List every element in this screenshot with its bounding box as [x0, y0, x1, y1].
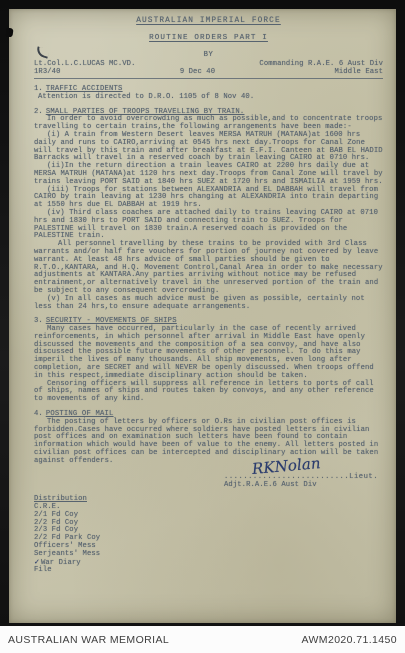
paragraph: Many cases have occurred, particularly i… — [34, 326, 383, 381]
order-date: 9 Dec 40 — [180, 69, 215, 77]
list-item: 2/2 Fd Coy — [34, 520, 383, 528]
accession-number: AWM2020.71.1450 — [301, 634, 397, 646]
reference-number: 1R3/40 — [34, 69, 60, 77]
paragraph: In order to avoid overcrowding as much a… — [34, 116, 383, 132]
document-body: AUSTRALIAN IMPERIAL FORCE ROUTINE ORDERS… — [9, 9, 396, 623]
list-item: Serjeants' Mess — [34, 551, 383, 559]
document-page: AUSTRALIAN IMPERIAL FORCE ROUTINE ORDERS… — [9, 9, 396, 623]
paragraph: (iii) Troops for stations between ALEXAN… — [34, 187, 383, 210]
list-item: C.R.E. — [34, 504, 383, 512]
location: Middle East — [334, 69, 383, 77]
archive-caption-bar: AUSTRALIAN WAR MEMORIAL AWM2020.71.1450 — [0, 626, 405, 653]
header-row-reference: 1R3/40 9 Dec 40 Middle East — [34, 69, 383, 79]
paragraph: All personnel travelling by these trains… — [34, 241, 383, 296]
archive-name: AUSTRALIAN WAR MEMORIAL — [8, 634, 169, 646]
section-title: POSTING OF MAIL — [46, 410, 114, 418]
check-mark: ✓ — [34, 558, 40, 566]
paragraph: (ii)In the return direction a train leav… — [34, 163, 383, 186]
section-traffic-accidents: 1.TRAFFIC ACCIDENTS Attention is directe… — [34, 86, 383, 102]
section-number: 1. — [34, 85, 43, 93]
paragraph: The posting of letters by officers or O.… — [34, 419, 383, 466]
distribution-heading: Distribution — [34, 496, 383, 504]
signature-block: RKNolan ..........................Lieut.… — [224, 474, 383, 491]
section-title: TRAFFIC ACCIDENTS — [46, 85, 123, 93]
handwritten-signature: RKNolan — [252, 460, 321, 474]
paragraph: (i) A train from Western Desert leaves M… — [34, 132, 383, 163]
by-label: BY — [34, 52, 383, 60]
list-item-war-diary: ✓War Diary — [34, 559, 383, 568]
list-item: File — [34, 567, 383, 575]
paragraph: (v) In all cases as much advice must be … — [34, 296, 383, 312]
section-security-ships: 3.SECURITY - MOVEMENTS OF SHIPS Many cas… — [34, 318, 383, 404]
section-troop-trains: 2.SMALL PARTIES OF TROOPS TRAVELLING BY … — [34, 109, 383, 312]
section-number: 2. — [34, 108, 43, 116]
signatory-role: Adjt.R.A.E.6 Aust Div — [224, 482, 383, 490]
paragraph: Censoring officers will suppress all ref… — [34, 381, 383, 404]
list-item: 2/1 Fd Coy — [34, 512, 383, 520]
section-number: 3. — [34, 317, 43, 325]
document-title: AUSTRALIAN IMPERIAL FORCE — [34, 18, 383, 26]
paragraph: (iv) Third class coaches are attached da… — [34, 210, 383, 241]
scanned-photo-frame: AUSTRALIAN IMPERIAL FORCE ROUTINE ORDERS… — [0, 0, 405, 653]
paragraph: Attention is directed to D.R.O. 1105 of … — [34, 94, 383, 102]
section-posting-of-mail: 4.POSTING OF MAIL The posting of letters… — [34, 411, 383, 466]
section-number: 4. — [34, 410, 43, 418]
document-subtitle: ROUTINE ORDERS PART I — [34, 35, 383, 43]
distribution-list: Distribution C.R.E. 2/1 Fd Coy 2/2 Fd Co… — [34, 496, 383, 575]
